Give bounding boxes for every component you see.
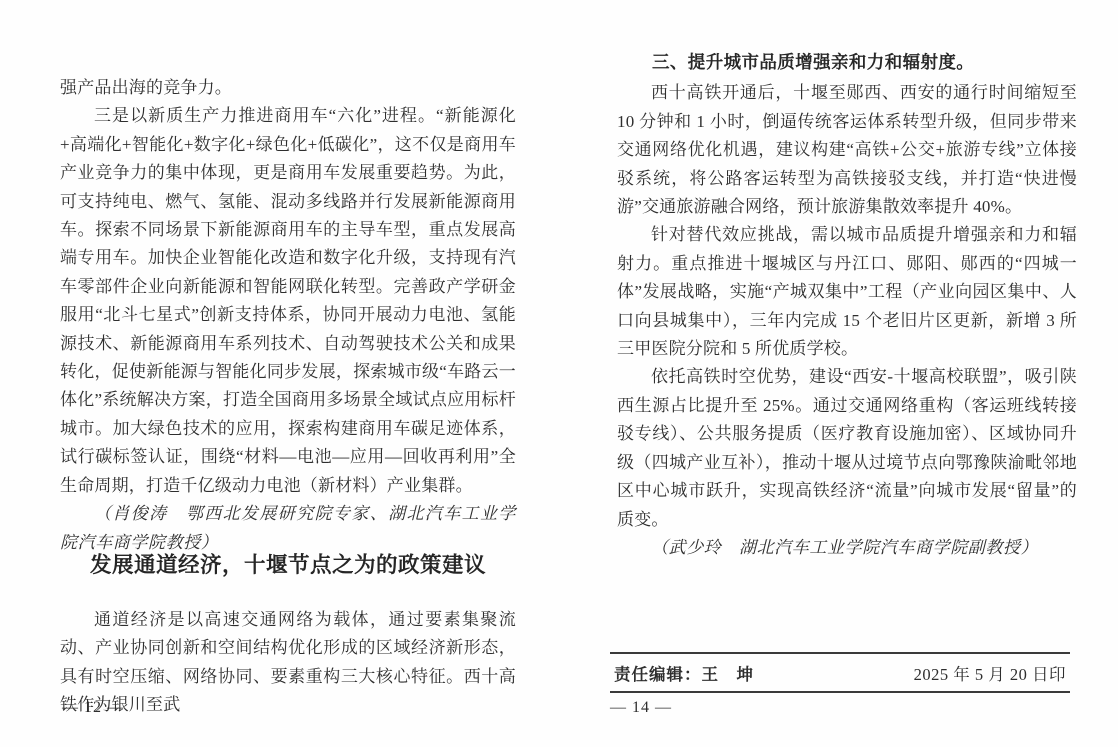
- left-continuation-paragraph: 强产品出海的竞争力。: [60, 74, 516, 102]
- right-page-number: — 14 —: [610, 699, 672, 717]
- right-author-attribution: （武少玲 湖北汽车工业学院汽车商学院副教授）: [617, 534, 1077, 562]
- document-sheet: 强产品出海的竞争力。 三是以新质生产力推进商用车“六化”进程。“新能源化+高端化…: [0, 0, 1118, 747]
- print-date: 2025 年 5 月 20 日印: [914, 661, 1066, 685]
- left-intro-paragraph: 通道经济是以高速交通网络为载体，通过要素集聚流动、产业协同创新和空间结构优化形成…: [60, 606, 516, 720]
- left-main-paragraph: 三是以新质生产力推进商用车“六化”进程。“新能源化+高端化+智能化+数字化+绿色…: [60, 102, 516, 500]
- left-section-title: 发展通道经济，十堰节点之为的政策建议: [60, 551, 516, 579]
- right-page-body: 三、提升城市品质增强亲和力和辐射度。 西十高铁开通后，十堰至郧西、西安的通行时间…: [617, 48, 1077, 562]
- left-page-number: — 12 —: [62, 699, 124, 717]
- left-page-intro: 通道经济是以高速交通网络为载体，通过要素集聚流动、产业协同创新和空间结构优化形成…: [60, 606, 516, 720]
- left-author-attribution: （肖俊涛 鄂西北发展研究院专家、湖北汽车工业学院汽车商学院教授）: [60, 500, 516, 557]
- right-paragraph-1: 西十高铁开通后，十堰至郧西、西安的通行时间缩短至 10 分钟和 1 小时，倒逼传…: [617, 79, 1077, 221]
- right-paragraph-3: 依托高铁时空优势，建设“西安-十堰高校联盟”，吸引陕西生源占比提升至 25%。通…: [617, 363, 1077, 533]
- colophon-footer: 责任编辑：王 坤 2025 年 5 月 20 日印: [610, 652, 1070, 693]
- responsible-editor: 责任编辑：王 坤: [614, 661, 754, 685]
- left-page-body: 强产品出海的竞争力。 三是以新质生产力推进商用车“六化”进程。“新能源化+高端化…: [60, 74, 516, 557]
- right-paragraph-2: 针对替代效应挑战，需以城市品质提升增强亲和力和辐射力。重点推进十堰城区与丹江口、…: [617, 221, 1077, 363]
- right-section-heading: 三、提升城市品质增强亲和力和辐射度。: [617, 48, 1077, 76]
